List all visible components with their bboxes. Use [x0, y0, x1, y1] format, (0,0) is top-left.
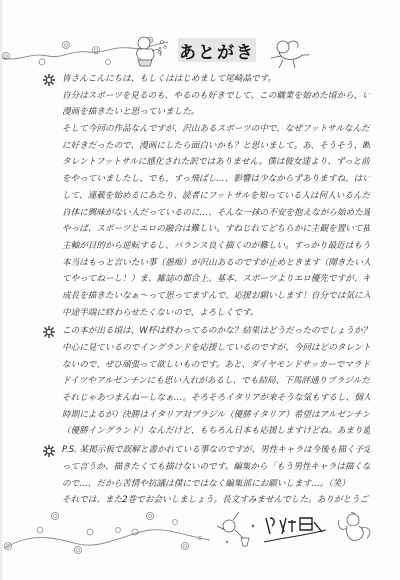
flying-cherub-illustration-icon	[265, 38, 310, 70]
text-line: ないので、ぜひ頑張って欲しいものです。あと、ダイヤモンドサッカーでマラドーナを見…	[40, 357, 370, 374]
text-line: って言うか、描きたくても描けないのです。編集から「もう男性キャラは描くな！」と禁…	[40, 459, 370, 476]
text-line: そして今回の作品なんですが、沢山あるスポーツの中で、なぜフットサルなんだ？と。理…	[40, 121, 370, 138]
scan-edge-shadow	[0, 0, 4, 580]
page-title: あとがき	[179, 38, 255, 63]
text-line: 主軸が目的から逆転するし、バランス良く描くのが難しい。すっかり最近はもう開き直っ…	[40, 238, 370, 255]
text-line: それじゃあつまんねーしなぁ…。そろそろイタリアが来そうな気もするし、個人的予想は…	[40, 390, 370, 407]
snowflake-flower-icon	[42, 325, 56, 339]
snowflake-flower-icon	[42, 73, 56, 87]
text-line: 中心に見ているのでイングランドを応援しているのですが、今回はどのタレントが揃って…	[40, 340, 370, 357]
text-line: タレントフットサルに感化された訳ではありません。僕は彼女達より、ずっと前からサッ…	[40, 154, 370, 171]
paragraph-world-cup: この本が出る頃は、W杯は終わってるのかな？結果はどうだったのでしょうか？僕はプレ…	[40, 323, 370, 440]
text-line: ので…、だから苦情や抗議は僕にではなく編集部にお願いします…。（笑）	[40, 476, 370, 493]
text-line: 時期によるが）決勝はイタリア対ブラジル（優勝イタリア）希望はアルゼンチン対イング…	[40, 407, 370, 424]
text-line: 成長を描きたいなぁ～って思ってますんで、応援お願いします！自分では気に入っている…	[40, 288, 370, 305]
paragraph-greeting: 皆さんこんにちは、もしくははじめまして尾崎晶です。 自分はスポーツを見るのも、や…	[40, 71, 370, 321]
text-line: をやっていましたし、でも、すっ飛ばし…、影響は少なからずありますね、はい。（笑）	[40, 171, 370, 188]
text-line: ドイツやアルゼンチンにも思い入れがあるし、でも結局、下馬評通りブラジルだったのか…	[40, 373, 370, 390]
text-line: （優勝イングランド）なんだけど、もちろん日本も応援しますけどね。あまり過度の期待…	[40, 423, 370, 440]
paragraph-postscript: P.S. 某掲示板で誤解と書かれている事なのですが、男性キャラは今後も描く予定は…	[40, 442, 370, 509]
text-line: 本当はもっと言いたい事（愚痴）が沢山あるのですが止めときます（聞きたい人は俺のブ…	[40, 255, 370, 272]
text-line: 漫画を描きたいと思っていました。	[40, 104, 370, 121]
vine-decoration-bottom-icon	[0, 510, 215, 555]
text-line: てやってねーし！）ま、雑誌の都合上、基本、スポーツよりエロ優先ですが、キャラ同士…	[40, 271, 370, 288]
title-box: あとがき	[178, 38, 256, 62]
text-line: 自体に興味がない人だっているのに…、そんな一抹の不安を抱えながら始めた連載なんで…	[40, 205, 370, 222]
afterword-page: あとがき 皆さんこんにちは、もしくははじめまして尾崎晶です。 自分はスポーツを見…	[0, 0, 400, 580]
cherub-with-bell-illustration-icon	[215, 510, 255, 552]
text-line: 中途半端に終わらせたくないので、よろしくです。	[40, 305, 370, 322]
text-line: それでは、また2巻でお会いしましょう。長文すみませんでした。ありがとうございまし…	[40, 492, 370, 509]
author-signature: 尾崎晶	[262, 512, 332, 544]
text-line: して、連載を始めるにあたり、読者にフットサルを知っている人は何人いるんだろう？そ…	[40, 188, 370, 205]
afterword-body: 皆さんこんにちは、もしくははじめまして尾崎晶です。 自分はスポーツを見るのも、や…	[40, 71, 370, 509]
text-line: やっぱ、スポーツとエロの融合は難しい。すねじれてどちらかに主観を置いて描けば、ど…	[40, 221, 370, 238]
snowflake-flower-icon	[42, 444, 56, 458]
sitting-cherub-illustration-icon	[335, 510, 375, 548]
text-line: 自分はスポーツを見るのも、やるのも好きでして、この職業を始めた頃から、いつかスポ…	[40, 88, 370, 105]
signature-text: 尾崎晶	[262, 512, 310, 516]
text-line: この本が出る頃は、W杯は終わってるのかな？結果はどうだったのでしょうか？僕はプレ…	[40, 323, 370, 340]
text-line: 皆さんこんにちは、もしくははじめまして尾崎晶です。	[40, 71, 370, 88]
text-line: P.S. 某掲示板で誤解と書かれている事なのですが、男性キャラは今後も描く予定は…	[40, 442, 370, 459]
cherub-illustration-icon	[128, 34, 168, 70]
text-line: に好きだったので、漫画にしたら面白いかも？と思いまして。あ、そうそう、断っておき…	[40, 138, 370, 155]
